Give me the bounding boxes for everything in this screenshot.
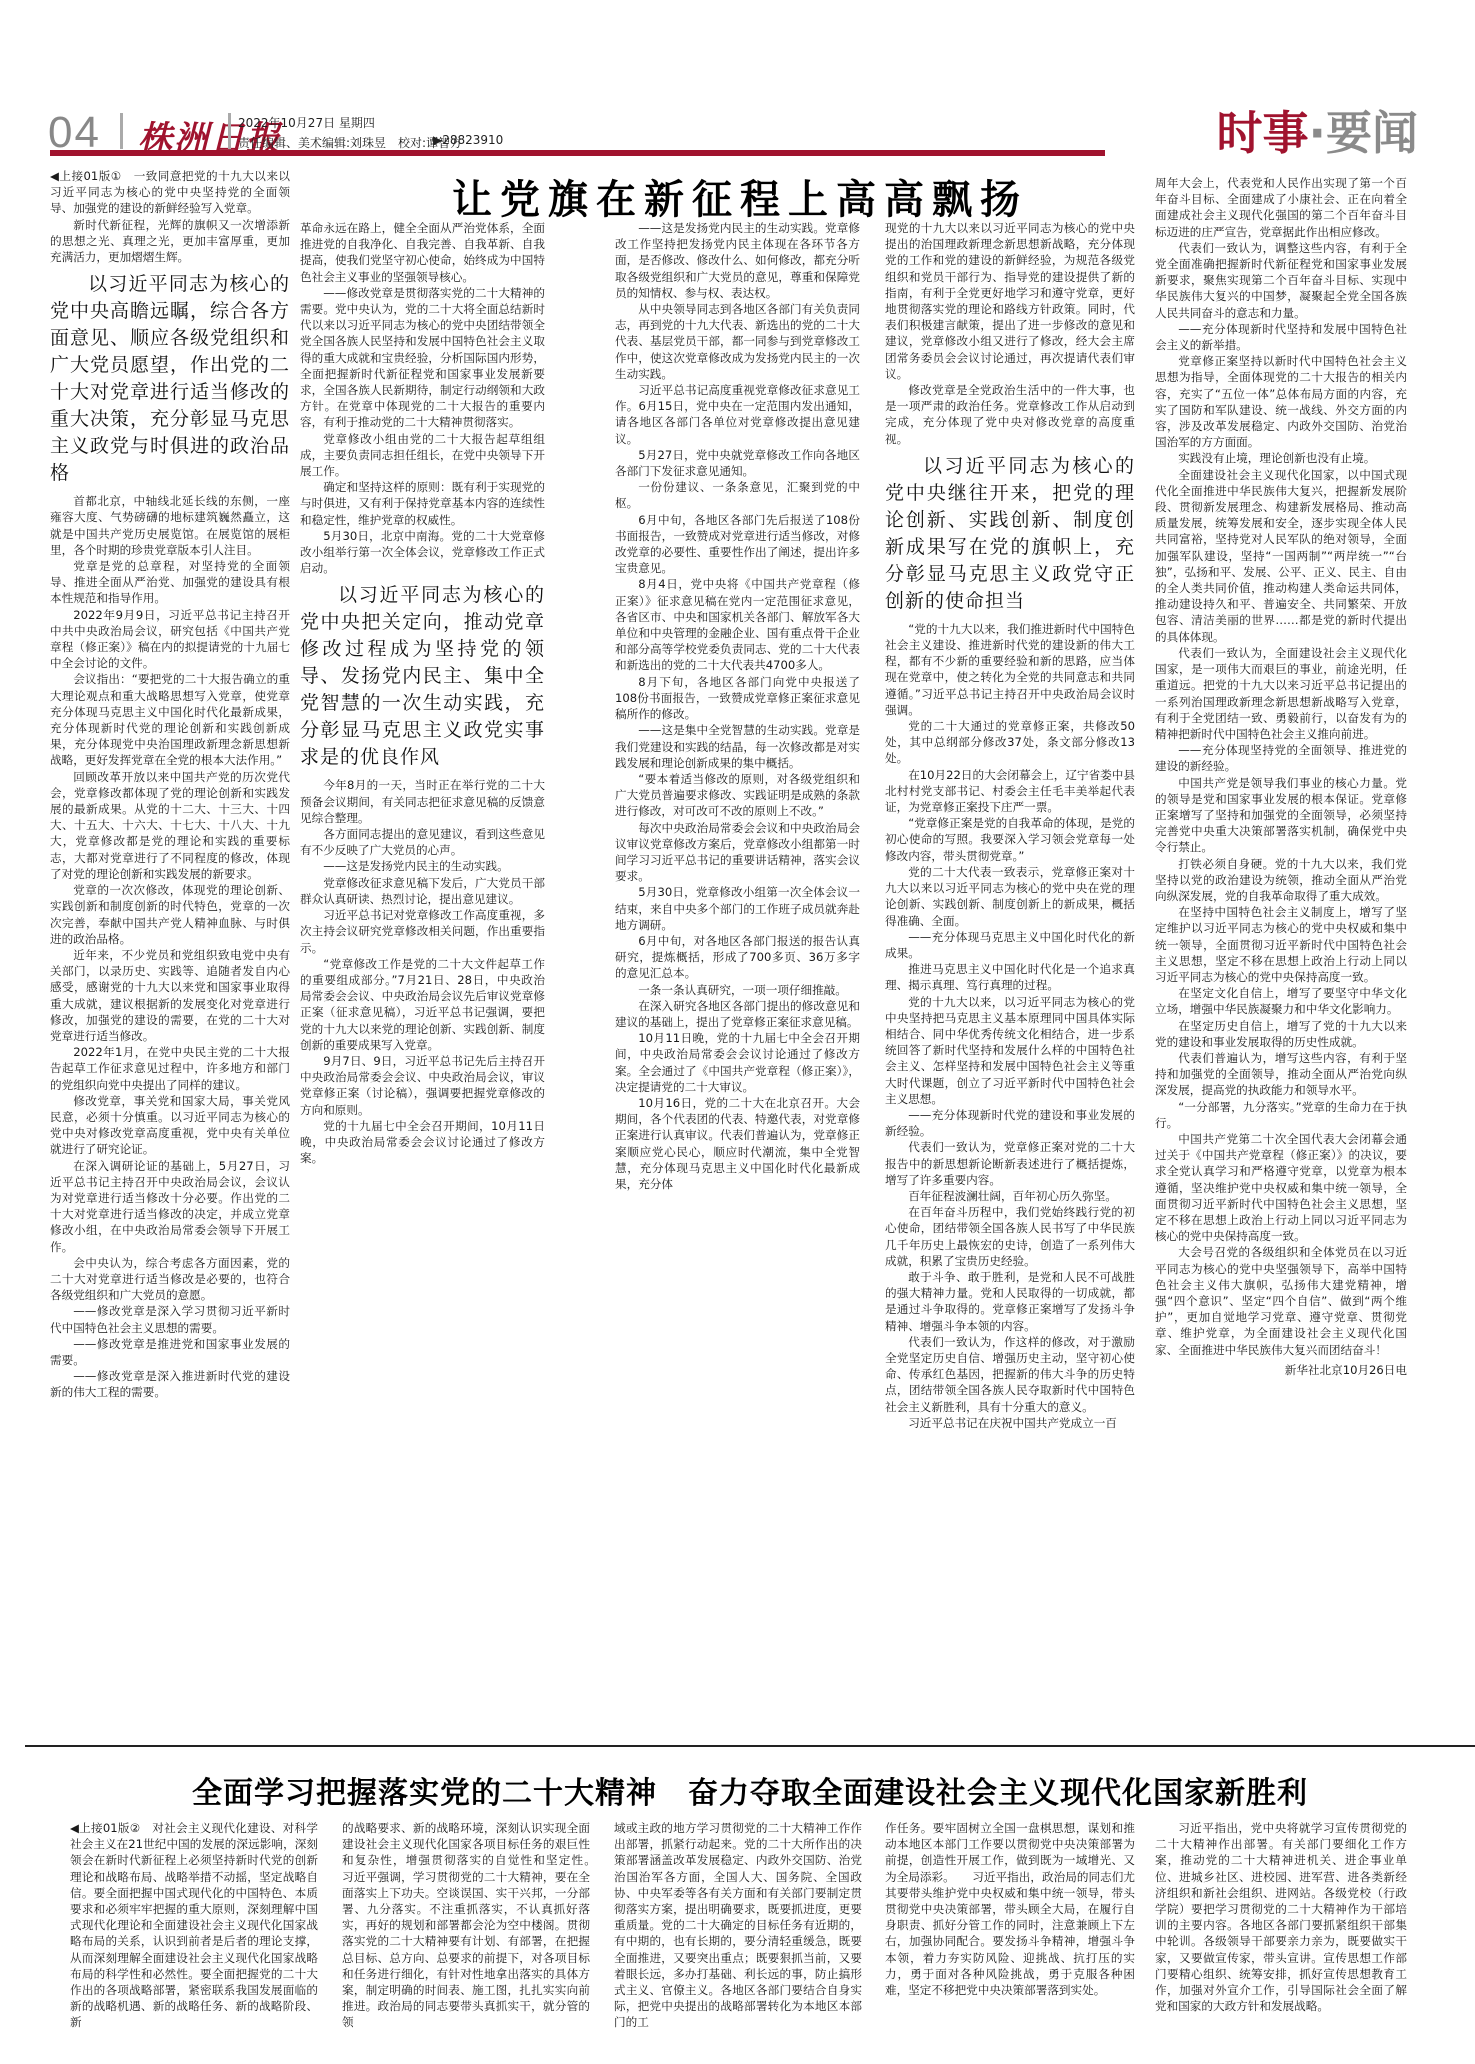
paragraph: 10月11日晚，党的十九届七中全会召开期间，中央政治局常委会会议讨论通过了修改方… xyxy=(615,1030,860,1095)
paragraph: 10月16日，党的二十大在北京召开。大会期间，各个代表团的代表、特邀代表，对党章… xyxy=(615,1095,860,1192)
lead-paragraph: ◀上接01版① 一致同意把党的十九大以来以习近平同志为核心的党中央坚持党的全面领… xyxy=(50,168,290,217)
paragraph: 近年来，不少党员和党组织致电党中央有关部门，以录历史、实践等、追随者发自内心感受… xyxy=(50,947,290,1044)
paragraph: 在百年奋斗历程中，我们党始终践行党的初心使命，团结带领全国各族人民书写了中华民族… xyxy=(885,1204,1135,1269)
paragraph: ——修改党章是深入推进新时代党的建设新的伟大工程的需要。 xyxy=(50,1368,290,1400)
paragraph: 首都北京，中轴线北延长线的东侧，一座雍容大度、气势磅礴的地标建筑巍然矗立，这就是… xyxy=(50,493,290,558)
paragraph: ◀上接01版② 对社会主义现代化建设、对科学社会主义在21世纪中国的发展的深远影… xyxy=(70,1820,318,2031)
paragraph: 党章修正案坚持以新时代中国特色社会主义思想为指导，全面体现党的二十大报告的相关内… xyxy=(1155,353,1407,450)
paragraph: ——充分体现新时代党的建设和事业发展的新经验。 xyxy=(885,1107,1135,1139)
paragraph: 全面建设社会主义现代化国家，以中国式现代化全面推进中华民族伟大复兴，把握新发展阶… xyxy=(1155,467,1407,645)
paragraph: “党章修改工作是党的二十大文件起草工作的重要组成部分。”7月21日、28日，中央… xyxy=(300,956,545,1053)
article2-column-1: ◀上接01版② 对社会主义现代化建设、对科学社会主义在21世纪中国的发展的深远影… xyxy=(70,1820,318,2045)
paragraph: 中国共产党是领导我们事业的核心力量。党的领导是党和国家事业发展的根本保证。党章修… xyxy=(1155,775,1407,856)
paragraph: 打铁必须自身硬。党的十九大以来，我们党坚持以党的政治建设为统领，推动全面从严治党… xyxy=(1155,856,1407,905)
paragraph: 党的二十大通过的党章修正案，共修改50处，其中总纲部分修改37处，条文部分修改1… xyxy=(885,718,1135,767)
article2-column-4: 作任务。要牢固树立全国一盘棋思想，谋划和推动本地区本部门工作要以贯彻党中央决策部… xyxy=(885,1820,1135,2045)
paragraph: 2022年9月9日，习近平总书记主持召开中共中央政治局会议，研究包括《中国共产党… xyxy=(50,607,290,672)
paragraph: 每次中央政治局常委会会议和中央政治局会议审议党章修改方案后，党章修改小组都第一时… xyxy=(615,820,860,885)
paragraph: 会中央认为，综合考虑各方面因素，党的二十大对党章进行适当修改是必要的，也符合各级… xyxy=(50,1255,290,1304)
header-rule xyxy=(50,150,1105,156)
paragraph: 8月下旬，各地区各部门向党中央报送了108份书面报告，一致赞成党章修正案征求意见… xyxy=(615,674,860,723)
paragraph: 实践没有止境，理论创新也没有止境。 xyxy=(1155,450,1407,466)
paragraph: 从中央领导同志到各地区各部门有关负责同志，再到党的十九大代表、新选出的党的二十大… xyxy=(615,301,860,382)
paragraph: 确定和坚持这样的原则：既有利于实现党的与时俱进，又有利于保持党章基本内容的连续性… xyxy=(300,479,545,528)
paragraph: 代表们一致认为，调整这些内容，有利于全党全面准确把握新时代新征程党和国家事业发展… xyxy=(1155,240,1407,321)
subhead: 以习近平同志为核心的党中央把关定向，推动党章修改过程成为坚持党的领导、发扬党内民… xyxy=(300,582,545,771)
issue-date: 2022年10月27日 星期四 xyxy=(238,113,462,133)
divider xyxy=(228,113,231,149)
issue-meta: 2022年10月27日 星期四 责任编辑、美术编辑:刘珠昱 校对:谭智方 xyxy=(238,113,462,153)
paragraph: ——修改党章是贯彻落实党的二十大精神的需要。党中央认为，党的二十大将全面总结新时… xyxy=(300,285,545,431)
paragraph: 6月中旬，各地区各部门先后报送了108份书面报告，一致赞成对党章进行适当修改，对… xyxy=(615,512,860,577)
article1-headline: 让党旗在新征程上高高飘扬 xyxy=(440,168,1040,225)
paragraph: 在坚持中国特色社会主义制度上，增写了坚定维护以习近平同志为核心的党中央权威和集中… xyxy=(1155,904,1407,985)
article2-column-5: 习近平指出，党中央将就学习宣传贯彻党的二十大精神作出部署。有关部门要细化工作方案… xyxy=(1155,1820,1407,2045)
paragraph: 8月4日，党中央将《中国共产党章程（修正案）》征求意见稿在党内一定范围征求意见，… xyxy=(615,576,860,673)
paragraph: ——充分体现马克思主义中国化时代化的新成果。 xyxy=(885,929,1135,961)
paragraph: ——修改党章是推进党和国家事业发展的需要。 xyxy=(50,1336,290,1368)
section-title-grey: 要闻 xyxy=(1326,106,1418,160)
paragraph: 革命永远在路上，健全全面从严治党体系，全面推进党的自我净化、自我完善、自我革新、… xyxy=(300,220,545,285)
paragraph: 敢于斗争、敢于胜利，是党和人民不可战胜的强大精神力量。党和人民取得的一切成就，都… xyxy=(885,1269,1135,1334)
paragraph: 大会号召党的各级组织和全体党员在以习近平同志为核心的党中央坚强领导下，高举中国特… xyxy=(1155,1244,1407,1357)
paragraph: ——这是集中全党智慧的生动实践。党章是我们党建设和实践的结晶，每一次修改都是对实… xyxy=(615,722,860,771)
divider xyxy=(120,113,123,149)
paragraph: ——这是发扬党内民主的生动实践。 xyxy=(300,858,545,874)
paragraph: 代表们一致认为，党章修正案对党的二十大报告中的新思想新论断新表述进行了概括提炼，… xyxy=(885,1139,1135,1188)
paragraph: “党章修正案是党的自我革命的体现，是党的初心使命的写照。我要深入学习领会党章每一… xyxy=(885,815,1135,864)
paragraph: 各方面同志提出的意见建议，看到这些意见有不少反映了广大党员的心声。 xyxy=(300,826,545,858)
paragraph: 域或主政的地方学习贯彻党的二十大精神工作作出部署，抓紧行动起来。党的二十大所作出… xyxy=(614,1820,862,2031)
paragraph: 9月7日、9日，习近平总书记先后主持召开中央政治局常委会会议、中央政治局会议，审… xyxy=(300,1053,545,1118)
article2-headline: 全面学习把握落实党的二十大精神 奋力夺取全面建设社会主义现代化国家新胜利 xyxy=(25,1768,1475,1812)
article-divider xyxy=(25,1745,1475,1747)
paragraph: 修改党章，事关党和国家大局，事关党风民意，必须十分慎重。以习近平同志为核心的党中… xyxy=(50,1093,290,1158)
paragraph: 2022年1月，在党中央民主党的二十大报告起草工作征求意见过程中，许多地方和部门… xyxy=(50,1044,290,1093)
paragraph: 修改党章是全党政治生活中的一件大事，也是一项严肃的政治任务。党章修改工作从启动到… xyxy=(885,382,1135,447)
paragraph: 党章修改小组由党的二十大报告起草组组成，主要负责同志担任组长，在党中央领导下开展… xyxy=(300,431,545,480)
paragraph: 的战略要求、新的战略环境，深刻认识实现全面建设社会主义现代化国家各项目标任务的艰… xyxy=(342,1820,590,2031)
paragraph: 会议指出：“要把党的二十大报告确立的重大理论观点和重大战略思想写入党章，使党章充… xyxy=(50,671,290,768)
paragraph: “党的十九大以来，我们推进新时代中国特色社会主义建设、推进新时代党的建设新的伟大… xyxy=(885,621,1135,718)
paragraph: 党的十九届七中全会召开期间，10月11日晚，中央政治局常委会会议讨论通过了修改方… xyxy=(300,1118,545,1167)
paragraph: “要本着适当修改的原则，对各级党组织和广大党员普遍要求修改、实践证明是成熟的条款… xyxy=(615,771,860,820)
article1-column-2: 革命永远在路上，健全全面从严治党体系，全面推进党的自我净化、自我完善、自我革新、… xyxy=(300,220,545,1730)
section-title-red: 时事 xyxy=(1217,106,1309,160)
paragraph: 在坚定文化自信上，增写了要坚守中华文化立场，增强中华民族凝聚力和中华文化影响力。 xyxy=(1155,985,1407,1017)
paragraph: 党章修改征求意见稿下发后，广大党员干部群众认真研读、热烈讨论，提出意见建议。 xyxy=(300,875,545,907)
article2-column-3: 域或主政的地方学习贯彻党的二十大精神工作作出部署，抓紧行动起来。党的二十大所作出… xyxy=(614,1820,862,2045)
paragraph: 习近平总书记对党章修改工作高度重视，多次主持会议研究党章修改相关问题，作出重要指… xyxy=(300,907,545,956)
paragraph: ——这是发扬党内民主的生动实践。党章修改工作坚持把发扬党内民主体现在各环节各方面… xyxy=(615,220,860,301)
article1-column-3: ——这是发扬党内民主的生动实践。党章修改工作坚持把发扬党内民主体现在各环节各方面… xyxy=(615,220,860,1730)
paragraph: 周年大会上，代表党和人民作出实现了第一个百年奋斗目标、全面建成了小康社会、正在向… xyxy=(1155,175,1407,240)
paragraph: 代表们一致认为，作这样的修改，对于激励全党坚定历史自信、增强历史主动，坚守初心使… xyxy=(885,1334,1135,1415)
masthead: 04 株洲日报 2022年10月27日 星期四 责任编辑、美术编辑:刘珠昱 校对… xyxy=(48,105,1438,155)
paragraph: ——充分体现新时代坚持和发展中国特色社会主义的新举措。 xyxy=(1155,321,1407,353)
paragraph: 党的二十大代表一致表示，党章修正案对十九大以来以习近平同志为核心的党中央在党的理… xyxy=(885,864,1135,929)
paragraph: 代表们一致认为，全面建设社会主义现代化国家，是一项伟大而艰巨的事业，前途光明，任… xyxy=(1155,645,1407,742)
article1-column-1: ◀上接01版① 一致同意把党的十九大以来以习近平同志为核心的党中央坚持党的全面领… xyxy=(50,168,290,1728)
paragraph: 在坚定历史自信上，增写了党的十九大以来党的建设和事业发展取得的历史性成就。 xyxy=(1155,1018,1407,1050)
article2-column-2: 的战略要求、新的战略环境，深刻认识实现全面建设社会主义现代化国家各项目标任务的艰… xyxy=(342,1820,590,2045)
paragraph: 推进马克思主义中国化时代化是一个追求真理、揭示真理、笃行真理的过程。 xyxy=(885,961,1135,993)
article1-column-4: 现党的十九大以来以习近平同志为核心的党中央提出的治国理政新理念新思想新战略，充分… xyxy=(885,220,1135,1730)
paragraph: 党章是党的总章程，对坚持党的全面领导、推进全面从严治党、加强党的建设具有根本性规… xyxy=(50,558,290,607)
paragraph: 5月30日，北京中南海。党的二十大党章修改小组举行第一次全体会议，党章修改工作正… xyxy=(300,528,545,577)
paragraph: “一分部署，九分落实。”党章的生命力在于执行。 xyxy=(1155,1099,1407,1131)
paragraph: 5月30日，党章修改小组第一次全体会议一结束，来自中央多个部门的工作班子成员就奔… xyxy=(615,884,860,933)
byline: 新华社北京10月26日电 xyxy=(1155,1362,1407,1378)
paragraph: 回顾改革开放以来中国共产党的历次党代会，党章修改都体现了党的理论创新和实践发展的… xyxy=(50,769,290,882)
paragraph: 一份份建议、一条条意见，汇聚到党的中枢。 xyxy=(615,479,860,511)
hotline-number: ▶28823910 xyxy=(433,133,503,147)
paragraph: 习近平指出，党中央将就学习宣传贯彻党的二十大精神作出部署。有关部门要细化工作方案… xyxy=(1155,1820,1407,2014)
paragraph: 代表们普遍认为，增写这些内容，有利于坚持和加强党的全面领导，推动全面从严治党向纵… xyxy=(1155,1050,1407,1099)
paragraph: 新时代新征程，光辉的旗帜又一次增添新的思想之光、真理之光，更加丰富厚重，更加充满… xyxy=(50,217,290,266)
paragraph: 一条一条认真研究，一项一项仔细推敲。 xyxy=(615,982,860,998)
paragraph: 今年8月的一天，当时正在举行党的二十大预备会议期间，有关同志把征求意见稿的反馈意… xyxy=(300,777,545,826)
paragraph: 5月27日，党中央就党章修改工作向各地区各部门下发征求意见通知。 xyxy=(615,447,860,479)
paragraph: 习近平总书记在庆祝中国共产党成立一百 xyxy=(885,1415,1135,1431)
paragraph: 作任务。要牢固树立全国一盘棋思想，谋划和推动本地区本部门工作要以贯彻党中央决策部… xyxy=(885,1820,1135,1998)
article1-column-5: 周年大会上，代表党和人民作出实现了第一个百年奋斗目标、全面建成了小康社会、正在向… xyxy=(1155,175,1407,1730)
paragraph: 现党的十九大以来以习近平同志为核心的党中央提出的治国理政新理念新思想新战略，充分… xyxy=(885,220,1135,382)
subhead: 以习近平同志为核心的党中央继往开来，把党的理论创新、实践创新、制度创新成果写在党… xyxy=(885,453,1135,615)
paragraph: 习近平总书记高度重视党章修改征求意见工作。6月15日，党中央在一定范围内发出通知… xyxy=(615,382,860,447)
paragraph: 百年征程波澜壮阔，百年初心历久弥坚。 xyxy=(885,1188,1135,1204)
paragraph: 在10月22日的大会闭幕会上，辽宁省娄中县北村村党支部书记、村委会主任毛丰美举起… xyxy=(885,767,1135,816)
paragraph: 6月中旬，对各地区各部门报送的报告认真研究，提炼概括，形成了700多页、36万多… xyxy=(615,933,860,982)
section-title: 时事·要闻 xyxy=(1217,105,1418,161)
paragraph: 中国共产党第二十次全国代表大会闭幕会通过关于《中国共产党章程（修正案）》的决议，… xyxy=(1155,1131,1407,1244)
paragraph: ——充分体现坚持党的全面领导、推进党的建设的新经验。 xyxy=(1155,742,1407,774)
paragraph: ——修改党章是深入学习贯彻习近平新时代中国特色社会主义思想的需要。 xyxy=(50,1303,290,1335)
page-number: 04 xyxy=(48,111,101,155)
paragraph: 党章的一次次修改，体现党的理论创新、实践创新和制度创新的时代特色，党章的一次次完… xyxy=(50,882,290,947)
paragraph: 在深入调研论证的基础上，5月27日，习近平总书记主持召开中央政治局会议，会议认为… xyxy=(50,1158,290,1255)
paragraph: 在深入研究各地区各部门提出的修改意见和建议的基础上，提出了党章修正案征求意见稿。 xyxy=(615,998,860,1030)
subhead: 以习近平同志为核心的党中央高瞻远瞩，综合各方面意见、顺应各级党组织和广大党员愿望… xyxy=(50,271,290,487)
paragraph: 党的十九大以来，以习近平同志为核心的党中央坚持把马克思主义基本原理同中国具体实际… xyxy=(885,994,1135,1107)
